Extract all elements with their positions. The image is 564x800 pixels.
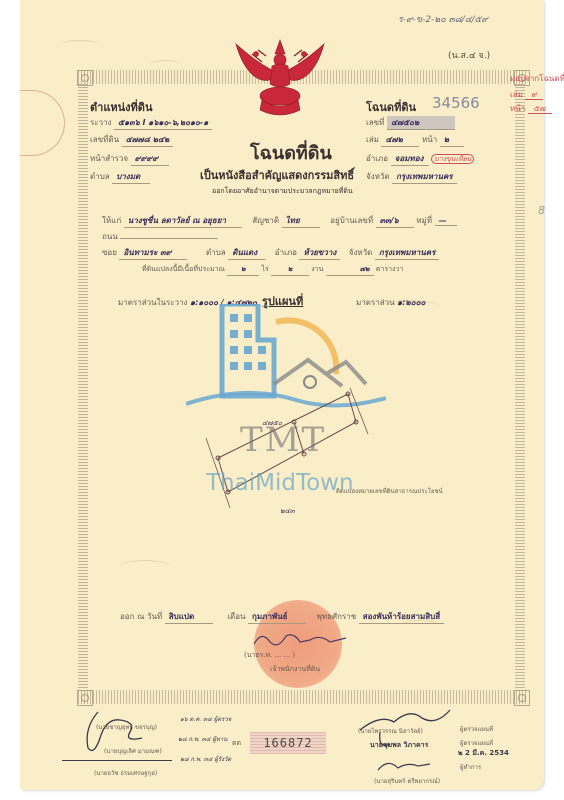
area-ngan-value: ๒ (271, 264, 309, 276)
form-code: (น.ส.๔ จ.) (448, 48, 490, 62)
page-label: หน้า (422, 135, 437, 144)
issued-year-label: พุทธศักราช (317, 612, 357, 621)
land-no-value: ๔๗๗๘ ๒๔๒ (122, 133, 174, 147)
watermark-acronym: TMT (240, 420, 326, 460)
rawang-label: ระวาง (90, 118, 111, 127)
deed-label: โฉนดที่ดิน (366, 98, 416, 116)
issued-year: สองพันห้าร้อยสามสิบสี่ (359, 610, 444, 624)
right-mid-title: ผู้ตรวจแผนที่ (460, 738, 493, 748)
house-no-value: ๓๓/๖ (376, 214, 414, 228)
moo-value: — (435, 216, 457, 226)
area-wa-value: ๗๒ (326, 264, 374, 276)
area-rai-value: ๒ (227, 264, 259, 276)
official-title: เจ้าพนักงานที่ดิน (270, 664, 320, 675)
paper-fiber (60, 40, 100, 51)
issued-month-label: เดือน (227, 612, 245, 621)
owner-to-label: ให้แก่ (102, 216, 121, 225)
area-ngan-label: งาน (311, 265, 323, 273)
watermark-brand: ThaiMidTown (206, 470, 354, 496)
side-stamp-line1: มอบจากโฉนดที่ (510, 72, 564, 85)
soi-label: ซอย (102, 248, 117, 257)
book-label: เล่ม (366, 135, 379, 144)
road-value (120, 238, 218, 239)
area-wa-label: ตารางวา (376, 265, 403, 273)
margin-note: 8 (538, 204, 545, 217)
nationality-label: สัญชาติ (252, 216, 279, 225)
page-value: ๒ (440, 133, 464, 147)
owner-name: นางชูชื่น ลดาวัลย์ ณ อยุธยา (124, 214, 242, 228)
owner-amphoe-value: ห้วยขวาง (299, 246, 340, 260)
deed-no-label: เลขที่ (366, 118, 384, 127)
left-mid-note: ๒๘ ก.พ. ๓๔ ผู้ทาน (178, 734, 227, 744)
deed-handwritten-number: 34566 (432, 94, 480, 112)
paper-fiber (150, 60, 180, 69)
owner-province-label: จังหวัด (349, 248, 373, 257)
amphoe-red-note: บางขุนเทียน (431, 154, 474, 164)
amphoe-label: อำเภอ (366, 154, 388, 163)
ornament-corner-icon (77, 690, 93, 706)
right-top-title: ผู้ตรวจแผนที่ (460, 724, 493, 734)
book-value: ๔๗๒ (381, 133, 419, 147)
province-value: กรุงเทพมหานคร (392, 170, 456, 184)
ornamental-border-left (78, 84, 88, 690)
left-top-note: ๑๖ ต.ค. ๓๔ ผู้ตรวจ (180, 714, 231, 724)
official-signature-icon (250, 628, 350, 650)
province-label: จังหวัด (366, 172, 390, 181)
left-bottom-note: ๒๘ ก.พ. ๓๔ ผู้รังวัด (180, 754, 231, 764)
owner-amphoe-label: อำเภอ (275, 248, 297, 257)
ornament-corner-icon (514, 690, 530, 706)
land-no-label: เลขที่ดิน (90, 135, 119, 144)
official-name: (นายร.ท. ... ... ) (244, 650, 295, 661)
left-top-signer: (นายชาญยุทธ์ ขจรบุญ) (96, 722, 157, 732)
owner-tambon-label: ตำบล (206, 248, 226, 257)
left-mid-signer: (นายบุญเลิศ มามณฑ) (104, 746, 162, 756)
right-bottom-signer: (นายสุรินทร์ ตรีพยากรณ์) (374, 776, 440, 786)
issued-given-label: ออก ณ วันที่ (120, 612, 162, 621)
side-stamp-page-value: ๕๗ (528, 104, 552, 114)
issued-day: สิบแปด (165, 610, 213, 624)
side-stamp-book-label: เล่ม (510, 90, 523, 99)
serial-number: 166872 (250, 732, 326, 754)
road-label: ถนน (102, 232, 118, 241)
right-top-signer: (นายไพรวรรณ นิลาวัลย์) (358, 726, 423, 736)
rawang-scale-label: มาตราส่วนในระวาง (118, 298, 187, 307)
side-stamp-page-label: หน้า (510, 104, 525, 113)
garuda-emblem-icon (228, 36, 332, 122)
survey-page-value: ๙๙๙๙ (131, 152, 169, 166)
side-stamp-book-value: ๙ (525, 90, 543, 100)
area-label: ที่ดินแปลงนี้มีเนื้อที่ประมาณ (142, 265, 225, 273)
tambon-label: ตำบล (90, 172, 110, 181)
deed-no-value: ๔๗๕๐๒ (387, 116, 455, 130)
right-mid-signer: นายชุมพล วิภาคาร (370, 740, 428, 751)
moo-label: หมู่ที่ (416, 216, 432, 225)
subtitle-small: ออกโดยอาศัยอำนาจตามประมวลกฎหมายที่ดิน (212, 186, 353, 197)
rawang-value: ๕๑๓๖ I ๑๖๑๐-๖,๒๐๑๐-๑ (114, 116, 212, 130)
owner-province-value: กรุงเทพมหานคร (375, 246, 439, 260)
right-date-stamp: ๒ 2 มี.ค. 2534 (458, 748, 509, 759)
top-handwritten-note: ร-๙-ข-2-๒๐ ๓๘/๔/๕๙ (398, 12, 488, 26)
issued-month: กุมภาพันธ์ (248, 610, 306, 624)
left-bottom-signature-line (62, 760, 172, 761)
amphoe-value: จอมทอง (391, 152, 429, 166)
section-title-location: ตำแหน่งที่ดิน (90, 98, 152, 116)
paper-fiber (120, 560, 170, 573)
serial-prefix: ตต (232, 738, 241, 749)
tambon-value: บางมด (112, 170, 150, 184)
area-rai-label: ไร่ (261, 265, 268, 273)
main-title: โฉนดที่ดิน (250, 138, 332, 167)
map-scale-value: ๑:๒๐๐๐ (397, 298, 425, 307)
ornamental-border-bottom (78, 690, 528, 704)
soi-value: อินทามระ ๓๙ (119, 246, 187, 260)
right-bottom-title: ผู้ทำการ (460, 762, 481, 772)
right-bottom-signature-icon (374, 756, 434, 776)
ornament-corner-icon (77, 70, 93, 86)
owner-tambon-value: ดินแดง (228, 246, 266, 260)
survey-page-label: หน้าสำรวจ (90, 154, 128, 163)
nationality-value: ไทย (282, 214, 320, 228)
house-no-label: อยู่บ้านเลขที่ (330, 216, 373, 225)
plot-bottom-label: ๒๔๓ (280, 506, 295, 517)
ornamental-border-right (515, 84, 525, 690)
subtitle: เป็นหนังสือสำคัญแสดงกรรมสิทธิ์ (200, 166, 354, 184)
left-bottom-signer: (นายธวัช ธรมเศรษฐกุล) (94, 768, 157, 778)
